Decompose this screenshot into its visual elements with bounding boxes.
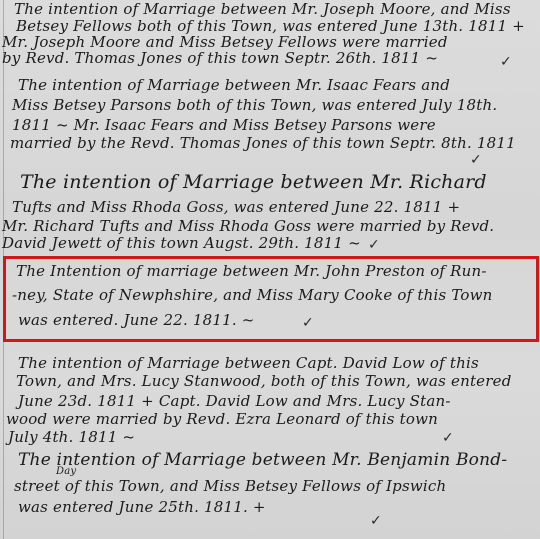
entry-line: Tufts and Miss Rhoda Goss, was entered J… bbox=[12, 198, 460, 216]
entry-line: married by the Revd. Thomas Jones of thi… bbox=[10, 134, 516, 152]
checkmark-icon: ✓ bbox=[302, 315, 314, 331]
entry-line: was entered June 25th. 1811. + bbox=[18, 498, 266, 516]
entry-line: The intention of Marriage between Mr. Is… bbox=[18, 76, 450, 94]
entry-line: by Revd. Thomas Jones of this town Septr… bbox=[2, 49, 438, 67]
entry-line: The intention of Marriage between Mr. Ri… bbox=[20, 171, 487, 193]
checkmark-icon: ✓ bbox=[370, 513, 382, 529]
entry-line: July 4th. 1811 ~ bbox=[8, 428, 135, 446]
entry-line: Town, and Mrs. Lucy Stanwood, both of th… bbox=[16, 372, 512, 390]
entry-line: June 23d. 1811 + Capt. David Low and Mrs… bbox=[18, 392, 451, 410]
entry-line: street of this Town, and Miss Betsey Fel… bbox=[14, 477, 446, 495]
entry-line: wood were married by Revd. Ezra Leonard … bbox=[6, 410, 438, 428]
document-page: The intention of Marriage between Mr. Jo… bbox=[0, 0, 540, 539]
interlinear-note: Day bbox=[56, 466, 76, 477]
entry-line: Mr. Richard Tufts and Miss Rhoda Goss we… bbox=[2, 217, 494, 235]
checkmark-icon: ✓ bbox=[470, 152, 482, 168]
checkmark-icon: ✓ bbox=[368, 237, 380, 253]
entry-line: The intention of Marriage between Mr. Be… bbox=[18, 450, 507, 470]
entry-line: was entered. June 22. 1811. ~ bbox=[18, 311, 255, 329]
entry-line: The intention of Marriage between Mr. Jo… bbox=[14, 0, 511, 18]
entry-line: Miss Betsey Parsons both of this Town, w… bbox=[12, 96, 497, 114]
checkmark-icon: ✓ bbox=[442, 430, 454, 446]
entry-line: The intention of Marriage between Capt. … bbox=[18, 354, 479, 372]
entry-line: David Jewett of this town Augst. 29th. 1… bbox=[2, 234, 361, 252]
entry-line: The Intention of marriage between Mr. Jo… bbox=[16, 262, 487, 280]
checkmark-icon: ✓ bbox=[500, 54, 512, 70]
entry-line: -ney, State of Newphshire, and Miss Mary… bbox=[12, 286, 493, 304]
entry-line: 1811 ~ Mr. Isaac Fears and Miss Betsey P… bbox=[12, 116, 436, 134]
